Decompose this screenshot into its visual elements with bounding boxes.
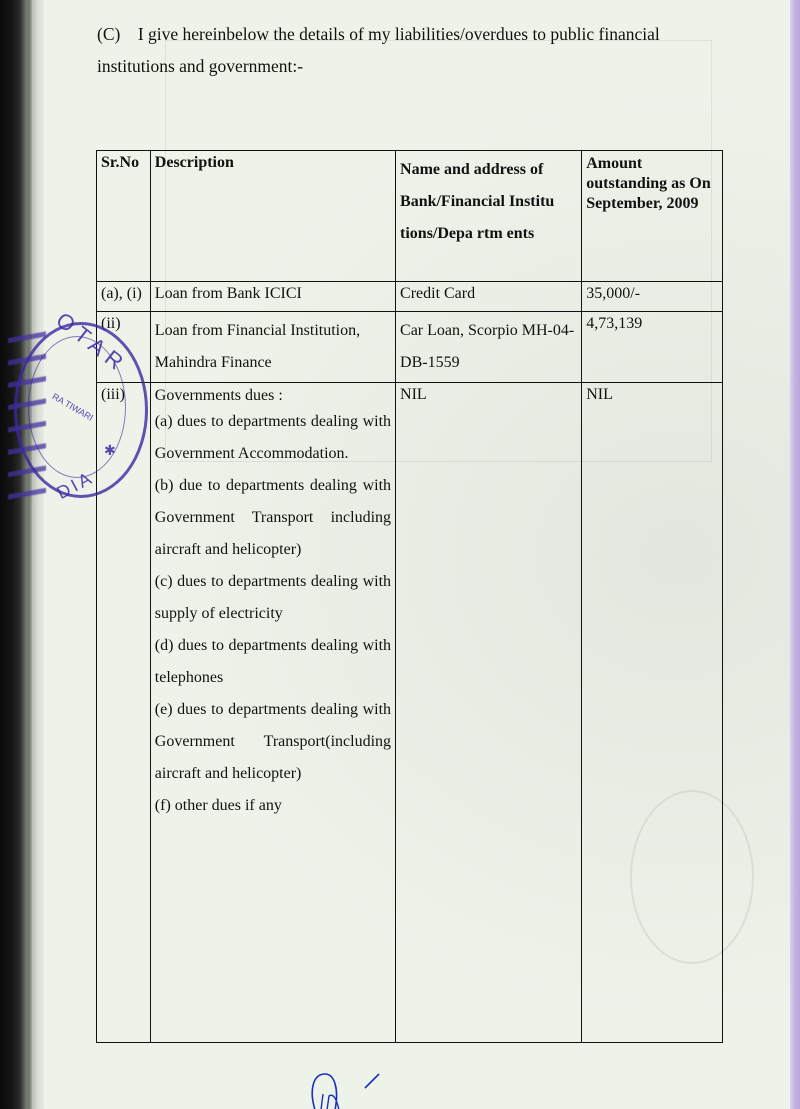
liabilities-table: Sr.No Description Name and address of Ba… xyxy=(96,150,723,1043)
row-amount: NIL xyxy=(582,383,723,1043)
gov-dues-item-d: (d) dues to departments dealing with tel… xyxy=(155,630,391,694)
gov-dues-item-b: (b) due to departments dealing with Gove… xyxy=(155,470,391,566)
scanner-binding-band xyxy=(26,0,32,1109)
table-row: (iii) Governments dues : (a) dues to dep… xyxy=(97,383,723,1043)
gov-dues-item-e: (e) dues to departments dealing with Gov… xyxy=(155,694,391,790)
table-row: (a), (i) Loan from Bank ICICI Credit Car… xyxy=(97,282,723,312)
gov-dues-item-a: (a) dues to departments dealing with Gov… xyxy=(155,406,391,470)
table-header-row: Sr.No Description Name and address of Ba… xyxy=(97,151,723,282)
scanner-binding-shadow xyxy=(0,0,44,1109)
seal-star-icon: ✱ xyxy=(104,442,116,459)
header-sr-no: Sr.No xyxy=(97,151,151,282)
intro-line-2: institutions and government:- xyxy=(97,50,697,82)
gov-dues-item-f: (f) other dues if any xyxy=(155,790,391,822)
header-description: Description xyxy=(150,151,395,282)
row-institution: Car Loan, Scorpio MH-04-DB-1559 xyxy=(396,312,582,383)
row-institution: Credit Card xyxy=(396,282,582,312)
table-row: (ii) Loan from Financial Institution, Ma… xyxy=(97,312,723,383)
header-institution: Name and address of Bank/Financial Insti… xyxy=(396,151,582,282)
page-right-edge xyxy=(790,0,800,1109)
section-intro: (C) I give hereinbelow the details of my… xyxy=(97,18,697,82)
row-sr-no: (a), (i) xyxy=(97,282,151,312)
gov-dues-item-c: (c) dues to departments dealing with sup… xyxy=(155,566,391,630)
intro-line-1: (C) I give hereinbelow the details of my… xyxy=(97,18,697,50)
row-description: Loan from Financial Institution, Mahindr… xyxy=(150,312,395,383)
gov-dues-title: Governments dues : xyxy=(155,386,391,406)
row-amount: 4,73,139 xyxy=(582,312,723,383)
row-amount: 35,000/- xyxy=(582,282,723,312)
row-description: Governments dues : (a) dues to departmen… xyxy=(150,383,395,1043)
signature-icon xyxy=(295,1070,405,1109)
row-institution: NIL xyxy=(396,383,582,1043)
row-description: Loan from Bank ICICI xyxy=(150,282,395,312)
header-institution-text: Name and address of Bank/Financial Insti… xyxy=(400,161,554,242)
header-amount: Amount outstanding as On September, 2009 xyxy=(582,151,723,282)
